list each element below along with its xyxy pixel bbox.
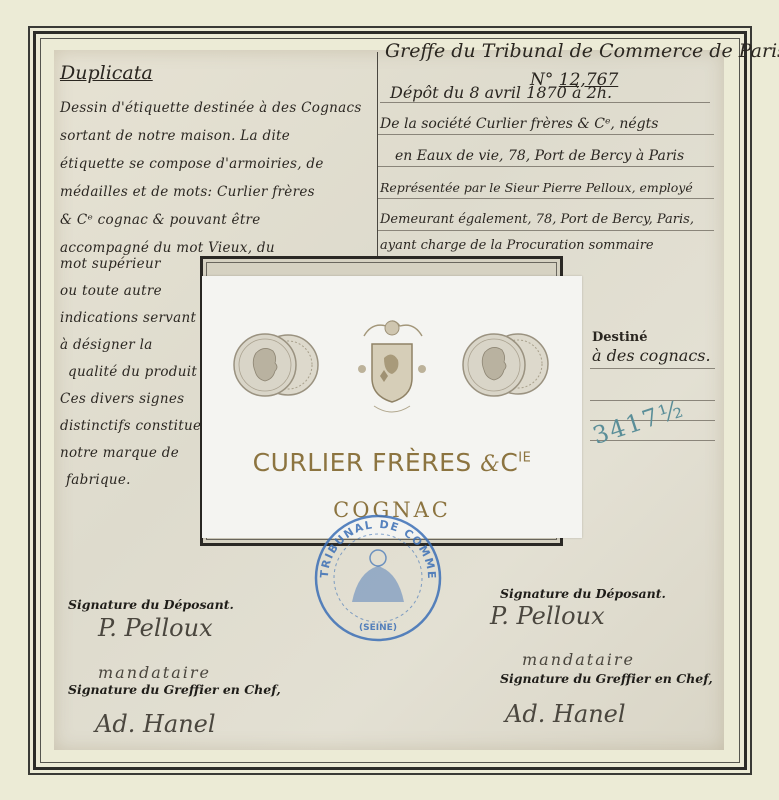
depositor-signature-label-left: Signature du Déposant. <box>68 597 234 612</box>
left-text-line: & Cᵉ cognac & pouvant être <box>60 212 261 228</box>
left-text-line: à désigner la <box>60 337 153 353</box>
right-text-line: ayant charge de la Procuration sommaire <box>380 238 654 253</box>
right-text-line: Représentée par le Sieur Pierre Pelloux,… <box>380 180 693 195</box>
left-text-line: distinctifs constituent <box>60 418 216 434</box>
clerk-signature-left: Ad. Hanel <box>95 710 216 738</box>
left-text-line: indications servant <box>60 310 196 326</box>
right-text-line: Demeurant également, 78, Port de Bercy, … <box>380 212 694 227</box>
left-text-line: notre marque de <box>60 445 179 461</box>
destined-value: à des cognacs. <box>592 346 711 365</box>
left-text-line: médailles et de mots: Curlier frères <box>60 184 315 200</box>
coat-of-arms-icon <box>344 314 440 424</box>
medal-left-icon <box>232 331 322 401</box>
left-text-line: étiquette se compose d'armoiries, de <box>60 156 324 172</box>
rule-line <box>378 230 714 231</box>
left-text-line: ou toute autre <box>60 283 162 299</box>
tribunal-seal-icon: TRIBUNAL DE COMMERCE DE PARIS (SEINE) <box>312 512 444 644</box>
depositor-role-left: mandataire <box>98 663 211 682</box>
registry-heading: Greffe du Tribunal de Commerce de Paris <box>385 40 779 62</box>
depositor-role-right: mandataire <box>522 650 635 669</box>
rule-line <box>378 134 714 135</box>
right-text-line: en Eaux de vie, 78, Port de Bercy à Pari… <box>395 148 684 164</box>
clerk-signature-right: Ad. Hanel <box>505 700 626 728</box>
rule-line <box>590 400 715 401</box>
depositor-signature-label-right: Signature du Déposant. <box>500 586 666 601</box>
medal-right-icon <box>460 330 550 400</box>
left-text-line: Ces divers signes <box>60 391 184 407</box>
right-text-line: De la société Curlier frères & Cᵉ, négts <box>380 116 658 132</box>
depositor-signature-left: P. Pelloux <box>98 614 213 642</box>
left-text-line: sortant de notre maison. La dite <box>60 128 290 144</box>
destined-label: Destiné <box>592 330 648 345</box>
depositor-signature-right: P. Pelloux <box>490 602 605 630</box>
column-divider <box>377 52 378 267</box>
left-text-line: fabrique. <box>66 472 131 488</box>
rule-line <box>378 198 714 199</box>
rule-line <box>590 368 715 369</box>
cognac-label: CURLIER FRÈRES &CIE COGNAC <box>202 276 582 538</box>
clerk-signature-label-right: Signature du Greffier en Chef, <box>500 671 713 686</box>
clerk-signature-label-left: Signature du Greffier en Chef, <box>68 682 281 697</box>
duplicata-heading: Duplicata <box>60 62 153 84</box>
rule-line <box>380 102 710 103</box>
right-text-line: Dépôt du 8 avril 1870 à 2h. <box>390 83 612 102</box>
left-text-line: Dessin d'étiquette destinée à des Cognac… <box>60 100 362 116</box>
label-company-name: CURLIER FRÈRES &CIE <box>202 448 582 477</box>
seal-bottom-text: (SEINE) <box>359 623 397 633</box>
left-text-line: qualité du produit <box>68 364 197 380</box>
rule-line <box>378 166 714 167</box>
left-text-line: accompagné du mot Vieux, du <box>60 240 275 256</box>
left-text-line: mot supérieur <box>60 256 161 272</box>
